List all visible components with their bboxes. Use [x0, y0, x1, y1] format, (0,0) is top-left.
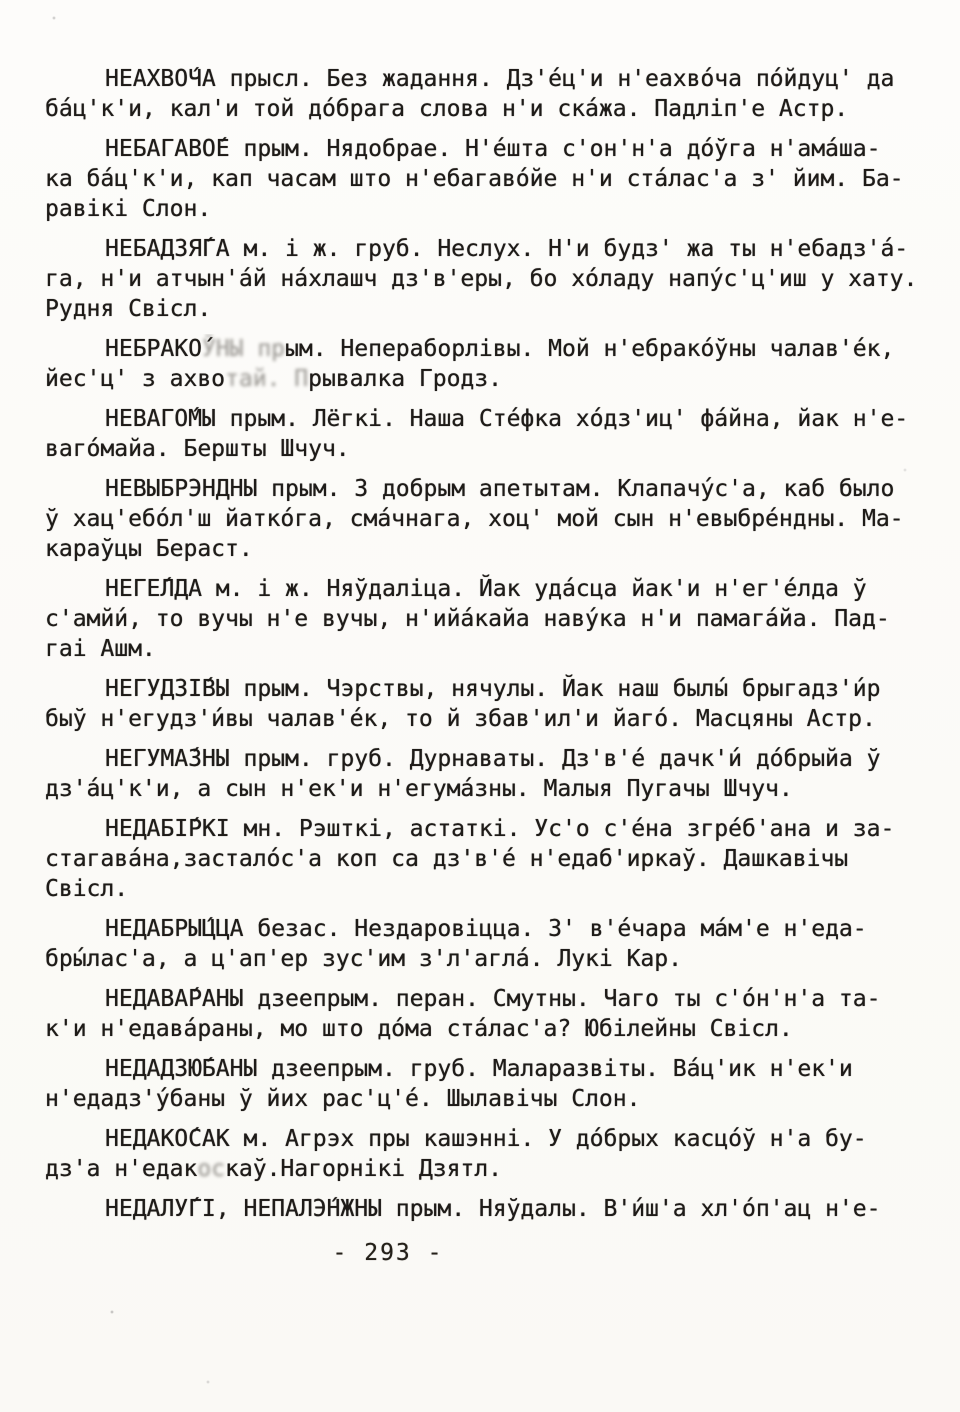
dictionary-entry: НЕДАЛУ́ГІ, НЕПАЛЭ́НЖНЫ прым. Няўдалы. В'…	[45, 1194, 942, 1224]
dictionary-entry: НЕГУМА́ЗНЫ прым. груб. Дурнаваты. Дз'в'е…	[45, 744, 942, 804]
dictionary-entry: НЕБАДЗЯ́ГА м. і ж. груб. Неслух. Н'и буд…	[45, 234, 942, 324]
entry-text: га, н'и атчын'а́й на́хлашч дз'в'еры, бо …	[45, 266, 917, 292]
entry-headword: НЕАХВО́ЧА	[105, 66, 216, 92]
entry-line: гаі Ашм.	[45, 634, 942, 664]
entry-text: равікі Слон.	[45, 196, 211, 222]
entry-line: НЕГУМА́ЗНЫ прым. груб. Дурнаваты. Дз'в'е…	[45, 744, 942, 774]
entry-text: м. і ж. Няўдаліца. Йак уда́сца йак'и н'е…	[202, 576, 867, 602]
entry-line: Свісл.	[45, 874, 942, 904]
entry-line: Рудня Свісл.	[45, 294, 942, 324]
dictionary-entry: НЕДАБІ́РКІ мн. Рэшткі, астаткі. Ус'о с'е…	[45, 814, 942, 904]
entry-line: ка ба́ц'к'и, кап часам што н'ебагаво́йе …	[45, 164, 942, 194]
entry-text: ў хац'ебо́л'ш йатко́га, сма́чнага, хоц' …	[45, 506, 904, 532]
entry-text: дзеепрым. перан. Смутны. Чаго ты с'о́н'н…	[243, 986, 880, 1012]
entry-line: быў н'егудз'и́вы чалав'е́к, то й збав'ил…	[45, 704, 942, 734]
entry-line: НЕДАДЗЮ́БАНЫ дзеепрым. груб. Маларазвіты…	[45, 1054, 942, 1084]
entry-line: ваго́майа. Бершты Шчуч.	[45, 434, 942, 464]
entry-text: прым. груб. Дурнаваты. Дз'в'е́ дачк'и́ д…	[230, 746, 881, 772]
entry-text: мн. Рэшткі, астаткі. Ус'о с'е́на згре́б'…	[230, 816, 895, 842]
entry-headword: НЕДАБРЫ́ЦЦА	[105, 916, 243, 942]
entry-headword: НЕДАВА́РАНЫ	[105, 986, 243, 1012]
entries: НЕАХВО́ЧА прысл. Без жадання. Дз'е́ц'и н…	[0, 0, 960, 1224]
entry-headword: НЕДАКО́САК	[105, 1126, 230, 1152]
entry-headword: НЕВЫБРЭНДНЫ	[105, 476, 257, 502]
dictionary-entry: НЕДАКО́САК м. Агрэх пры кашэнні. У до́бр…	[45, 1124, 942, 1184]
entry-line: бры́лас'а, а ц'ап'ер зус'им з'л'агла́. Л…	[45, 944, 942, 974]
entry-text: дз'а́ц'к'и, а сын н'ек'и н'егума́зны. Ма…	[45, 776, 793, 802]
entry-text: дз'а н'едак	[45, 1156, 197, 1182]
dictionary-entry: НЕГУДЗІ́ВЫ прым. Чэрствы, нячулы. Йак на…	[45, 674, 942, 734]
smudged-text: тай. П	[225, 366, 308, 392]
entry-text: прым. Чэрствы, нячулы. Йак наш былы́ бры…	[230, 676, 881, 702]
entry-text: прым. Лёгкі. Наша Сте́фка хо́дз'иц' фа́й…	[216, 406, 908, 432]
dictionary-entry: НЕВЫБРЭНДНЫ прым. З добрым апетытам. Кла…	[45, 474, 942, 564]
entry-text: с'амйи́, то вучы н'е вучы, н'ийа́кайа на…	[45, 606, 890, 632]
entry-text: быў н'егудз'и́вы чалав'е́к, то й збав'ил…	[45, 706, 876, 732]
entry-line: НЕДАКО́САК м. Агрэх пры кашэнні. У до́бр…	[45, 1124, 942, 1154]
entry-headword: НЕГУДЗІ́ВЫ	[105, 676, 230, 702]
entry-line: НЕВАГО́МЫ прым. Лёгкі. Наша Сте́фка хо́д…	[45, 404, 942, 434]
entry-text: стагава́на,застало́с'а коп са дз'в'е́ н'…	[45, 846, 848, 872]
entry-line: к'и н'едава́раны, мо што до́ма ста́лас'а…	[45, 1014, 942, 1044]
entry-text: гаі Ашм.	[45, 636, 156, 662]
entry-text: м. і ж. груб. Неслух. Н'и будз' жа ты н'…	[230, 236, 909, 262]
entry-text: прысл. Без жадання. Дз'е́ц'и н'еахво́ча …	[216, 66, 895, 92]
entry-line: НЕБАДЗЯ́ГА м. і ж. груб. Неслух. Н'и буд…	[45, 234, 942, 264]
entry-line: дз'а н'едакоскаў.Нагорнікі Дзятл.	[45, 1154, 942, 1184]
dictionary-entry: НЕГЕ́ЛДА м. і ж. Няўдаліца. Йак уда́сца …	[45, 574, 942, 664]
dictionary-entry: НЕБРАКО́ЎНЫ прым. Непераборлівы. Мой н'е…	[45, 334, 942, 394]
entry-text: бры́лас'а, а ц'ап'ер зус'им з'л'агла́. Л…	[45, 946, 682, 972]
dictionary-entry: НЕДАБРЫ́ЦЦА безас. Нездаровіцца. З' в'е́…	[45, 914, 942, 974]
entry-line: равікі Слон.	[45, 194, 942, 224]
entry-headword: НЕБАДЗЯ́ГА	[105, 236, 230, 262]
entry-text: йес'ц' з ахво	[45, 366, 225, 392]
entry-text: Свісл.	[45, 876, 128, 902]
entry-line: ў хац'ебо́л'ш йатко́га, сма́чнага, хоц' …	[45, 504, 942, 534]
entry-line: НЕДАЛУ́ГІ, НЕПАЛЭ́НЖНЫ прым. Няўдалы. В'…	[45, 1194, 942, 1224]
entry-text: Рудня Свісл.	[45, 296, 211, 322]
entry-text: м. Агрэх пры кашэнні. У до́брых касцо́ў …	[230, 1126, 867, 1152]
entry-headword: НЕДАДЗЮ́БАНЫ	[105, 1056, 257, 1082]
entry-headword: НЕДАБІ́РКІ	[105, 816, 230, 842]
entry-headword: НЕГЕ́ЛДА	[105, 576, 202, 602]
entry-text: ваго́майа. Бершты Шчуч.	[45, 436, 350, 462]
entry-headword: НЕГУМА́ЗНЫ	[105, 746, 230, 772]
entry-line: караўцы Бераст.	[45, 534, 942, 564]
entry-line: га, н'и атчын'а́й на́хлашч дз'в'еры, бо …	[45, 264, 942, 294]
entry-text: дзеепрым. груб. Маларазвіты. Ва́ц'ик н'е…	[257, 1056, 852, 1082]
dictionary-entry: НЕБАГАВО́Е прым. Нядобрае. Н'е́шта с'он'…	[45, 134, 942, 224]
entry-headword: НЕБРАКО́	[105, 336, 202, 362]
dictionary-entry: НЕДАДЗЮ́БАНЫ дзеепрым. груб. Маларазвіты…	[45, 1054, 942, 1114]
dictionary-entry: НЕДАВА́РАНЫ дзеепрым. перан. Смутны. Чаг…	[45, 984, 942, 1044]
entry-line: дз'а́ц'к'и, а сын н'ек'и н'егума́зны. Ма…	[45, 774, 942, 804]
entry-text: ым. Непераборлівы. Мой н'ебрако́ўны чала…	[285, 336, 894, 362]
entry-text: прым. Нядобрае. Н'е́шта с'он'н'а до́ўга …	[230, 136, 881, 162]
entry-headword: НЕДАЛУ́ГІ, НЕПАЛЭ́НЖНЫ	[105, 1196, 382, 1222]
dictionary-entry: НЕВАГО́МЫ прым. Лёгкі. Наша Сте́фка хо́д…	[45, 404, 942, 464]
entry-line: с'амйи́, то вучы н'е вучы, н'ийа́кайа на…	[45, 604, 942, 634]
entry-text: н'едадз'у́баны ў йих рас'ц'е́. Шылавічы …	[45, 1086, 640, 1112]
entry-line: НЕБАГАВО́Е прым. Нядобрае. Н'е́шта с'он'…	[45, 134, 942, 164]
scanned-dictionary-page: НЕАХВО́ЧА прысл. Без жадання. Дз'е́ц'и н…	[0, 0, 960, 1412]
entry-line: НЕДАБІ́РКІ мн. Рэшткі, астаткі. Ус'о с'е…	[45, 814, 942, 844]
entry-text: ка ба́ц'к'и, кап часам што н'ебагаво́йе …	[45, 166, 904, 192]
entry-headword: ЎНЫ	[202, 336, 244, 362]
entry-text: рывалка Гродз.	[308, 366, 502, 392]
entry-line: ба́ц'к'и, кал'и той до́брага слова н'и с…	[45, 94, 942, 124]
entry-text: ба́ц'к'и, кал'и той до́брага слова н'и с…	[45, 96, 848, 122]
smudged-text: пр	[243, 336, 285, 362]
entry-line: НЕВЫБРЭНДНЫ прым. З добрым апетытам. Кла…	[45, 474, 942, 504]
entry-text: прым. Няўдалы. В'и́ш'а хл'о́п'ац н'е-	[382, 1196, 881, 1222]
entry-line: н'едадз'у́баны ў йих рас'ц'е́. Шылавічы …	[45, 1084, 942, 1114]
entry-headword: НЕБАГАВО́Е	[105, 136, 230, 162]
entry-text: каў.Нагорнікі Дзятл.	[225, 1156, 502, 1182]
entry-line: НЕГУДЗІ́ВЫ прым. Чэрствы, нячулы. Йак на…	[45, 674, 942, 704]
dictionary-entry: НЕАХВО́ЧА прысл. Без жадання. Дз'е́ц'и н…	[45, 64, 942, 124]
entry-line: НЕДАВА́РАНЫ дзеепрым. перан. Смутны. Чаг…	[45, 984, 942, 1014]
entry-text: безас. Нездаровіцца. З' в'е́чара ма́м'е …	[243, 916, 866, 942]
entry-text: прым. З добрым апетытам. Клапачу́с'а, ка…	[257, 476, 894, 502]
entry-line: НЕБРАКО́ЎНЫ прым. Непераборлівы. Мой н'е…	[45, 334, 942, 364]
page-number: - 293 -	[0, 1240, 868, 1266]
smudged-text: ос	[197, 1156, 225, 1182]
entry-line: стагава́на,застало́с'а коп са дз'в'е́ н'…	[45, 844, 942, 874]
entry-line: НЕАХВО́ЧА прысл. Без жадання. Дз'е́ц'и н…	[45, 64, 942, 94]
entry-text: караўцы Бераст.	[45, 536, 253, 562]
entry-line: НЕДАБРЫ́ЦЦА безас. Нездаровіцца. З' в'е́…	[45, 914, 942, 944]
entry-line: йес'ц' з ахвотай. Прывалка Гродз.	[45, 364, 942, 394]
entry-line: НЕГЕ́ЛДА м. і ж. Няўдаліца. Йак уда́сца …	[45, 574, 942, 604]
entry-text: к'и н'едава́раны, мо што до́ма ста́лас'а…	[45, 1016, 793, 1042]
entry-headword: НЕВАГО́МЫ	[105, 406, 216, 432]
